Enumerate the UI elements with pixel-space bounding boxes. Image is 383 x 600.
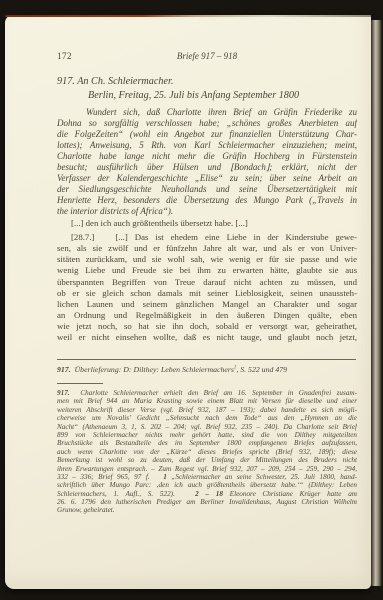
body-line: 5wenig Liebe und Freude sie bei ihm zu e… xyxy=(57,265,357,276)
ueberlieferung-note: 917. Überlieferung: D: Dilthey: Leben Sc… xyxy=(57,365,357,375)
footnote-superscript: 1 xyxy=(234,365,236,370)
letter-dateline: Berlin, Freitag, 25. Juli bis Anfang Sep… xyxy=(88,90,299,101)
commentary-line: 26. 6. 1796 den lutherischen Prediger am… xyxy=(57,498,357,506)
footnote-rule xyxy=(57,359,356,360)
regest-line: Wundert sich, daß Charlotte ihren Brief … xyxy=(57,107,357,118)
letter-regest: Wundert sich, daß Charlotte ihren Brief … xyxy=(57,107,357,217)
commentary-line: weiteren Abschrift dieser Verse (vgl. Br… xyxy=(57,406,357,414)
regest-line: besucht; ausführlich über Hülsen und ⌊Bo… xyxy=(57,162,357,173)
body-line: sitäten zurückkam, und sie wohl sah, wie… xyxy=(57,254,357,265)
letter-body-text: [28.7.] [...] Das ist ehedem eine Liebe … xyxy=(57,232,357,343)
regest-line: Dohna so sorgfältig verschlossen habe; „… xyxy=(57,118,357,129)
commentary-line: men mit Brief 944 an Maria Krasting sowi… xyxy=(57,397,357,405)
ueberlieferung-line: 917. Überlieferung: D: Dilthey: Leben Sc… xyxy=(57,365,357,375)
body-line: ob er sie gleich schon damals mit seiner… xyxy=(57,288,357,299)
body-line: [28.7.] [...] Das ist ehedem eine Liebe … xyxy=(57,232,357,243)
emphasis-segment: 917. xyxy=(57,389,70,397)
page-edge-stack xyxy=(371,20,382,586)
regest-line: Charlotte habe lange nicht mehr die Gräf… xyxy=(57,151,357,162)
body-line: an Ordnung und Regelmäßigkeit in den äuß… xyxy=(57,310,357,321)
regest-line: die FolgeZeiten“ (wohl ein Angebot zur f… xyxy=(57,129,357,140)
commentary-line: Nacht“ (Athenaeum 3, 1, S. 202 – 204; vg… xyxy=(57,423,357,431)
commentary-footnote: 917. Charlotte Schleiermacher erhielt de… xyxy=(57,389,357,515)
commentary-line: Bemerkung ist wohl so zu deuten, daß der… xyxy=(57,456,357,464)
body-line: lichen Launen und seinem gänzlichen Mang… xyxy=(57,299,357,310)
regest-line: lottes); Anweisung, 5 Rth. von Karl Schl… xyxy=(57,140,357,151)
commentary-line: Grunow, geheiratet. xyxy=(57,506,357,514)
emphasis-segment: 917. xyxy=(57,365,71,374)
body-line: sen, als sie zwölf und er fünfzehn Jahre… xyxy=(57,243,357,254)
commentary-line: auch wenn Charlotte von der „Kürze“ dies… xyxy=(57,448,357,456)
regest-line: der Siedlungsgeschichte Neuhollands und … xyxy=(57,184,357,195)
page-content: 172 Briefe 917 – 918 917. An Ch. Schleie… xyxy=(57,15,357,589)
emphasis-segment: 2 – 18 xyxy=(195,490,223,498)
book-page: 172 Briefe 917 – 918 917. An Ch. Schleie… xyxy=(5,15,371,589)
regest-line: Henriette Herz, besonders die Übersetzun… xyxy=(57,195,357,206)
body-line: überspannten Begriffen von Treue darauf … xyxy=(57,277,357,288)
emphasis-segment: 1 xyxy=(163,473,167,481)
commentary-line: schriftlich über Mungo Parc: ‚den ich au… xyxy=(57,481,357,489)
footnote-separator-rule xyxy=(57,383,103,384)
regest-line: Verfasser der Kalendergeschichte „Elise“… xyxy=(57,173,357,184)
regest-line: the interior districts of Africa“). xyxy=(57,206,357,217)
body-line: weil er nicht einsehen wollte, daß es ni… xyxy=(57,332,357,343)
page-header: 172 Briefe 917 – 918 xyxy=(57,51,357,63)
commentary-line: 917. Charlotte Schleiermacher erhielt de… xyxy=(57,389,357,397)
commentary-line: ihren Erwartungen entsprach. – Zum Reges… xyxy=(57,465,357,473)
commentary-line: Bruchstücke als Bestandteile des im Sept… xyxy=(57,439,357,447)
body-line: 10wie jetzt noch, so hat sie ihn doch, s… xyxy=(57,321,357,332)
commentary-line: cherweise um Novalis’ Gedicht „Sehnsucht… xyxy=(57,414,357,422)
letter-number-heading: 917. An Ch. Schleiermacher. xyxy=(57,76,173,87)
book-scan-background: { "scan": { "background_color": "#18140f… xyxy=(0,0,383,600)
commentary-line: 332 – 336; Brief 965, 97 f. 1 „Schleierm… xyxy=(57,473,357,481)
commentary-line: Schleiermachers, 1. Aufl., S. 522). 2 – … xyxy=(57,490,357,498)
commentary-line: 899 von Schleiermacher nichts mehr gehör… xyxy=(57,431,357,439)
letter-excerpt: [...] den ich auch größtentheils überset… xyxy=(71,218,248,228)
running-header: Briefe 917 – 918 xyxy=(57,51,357,61)
